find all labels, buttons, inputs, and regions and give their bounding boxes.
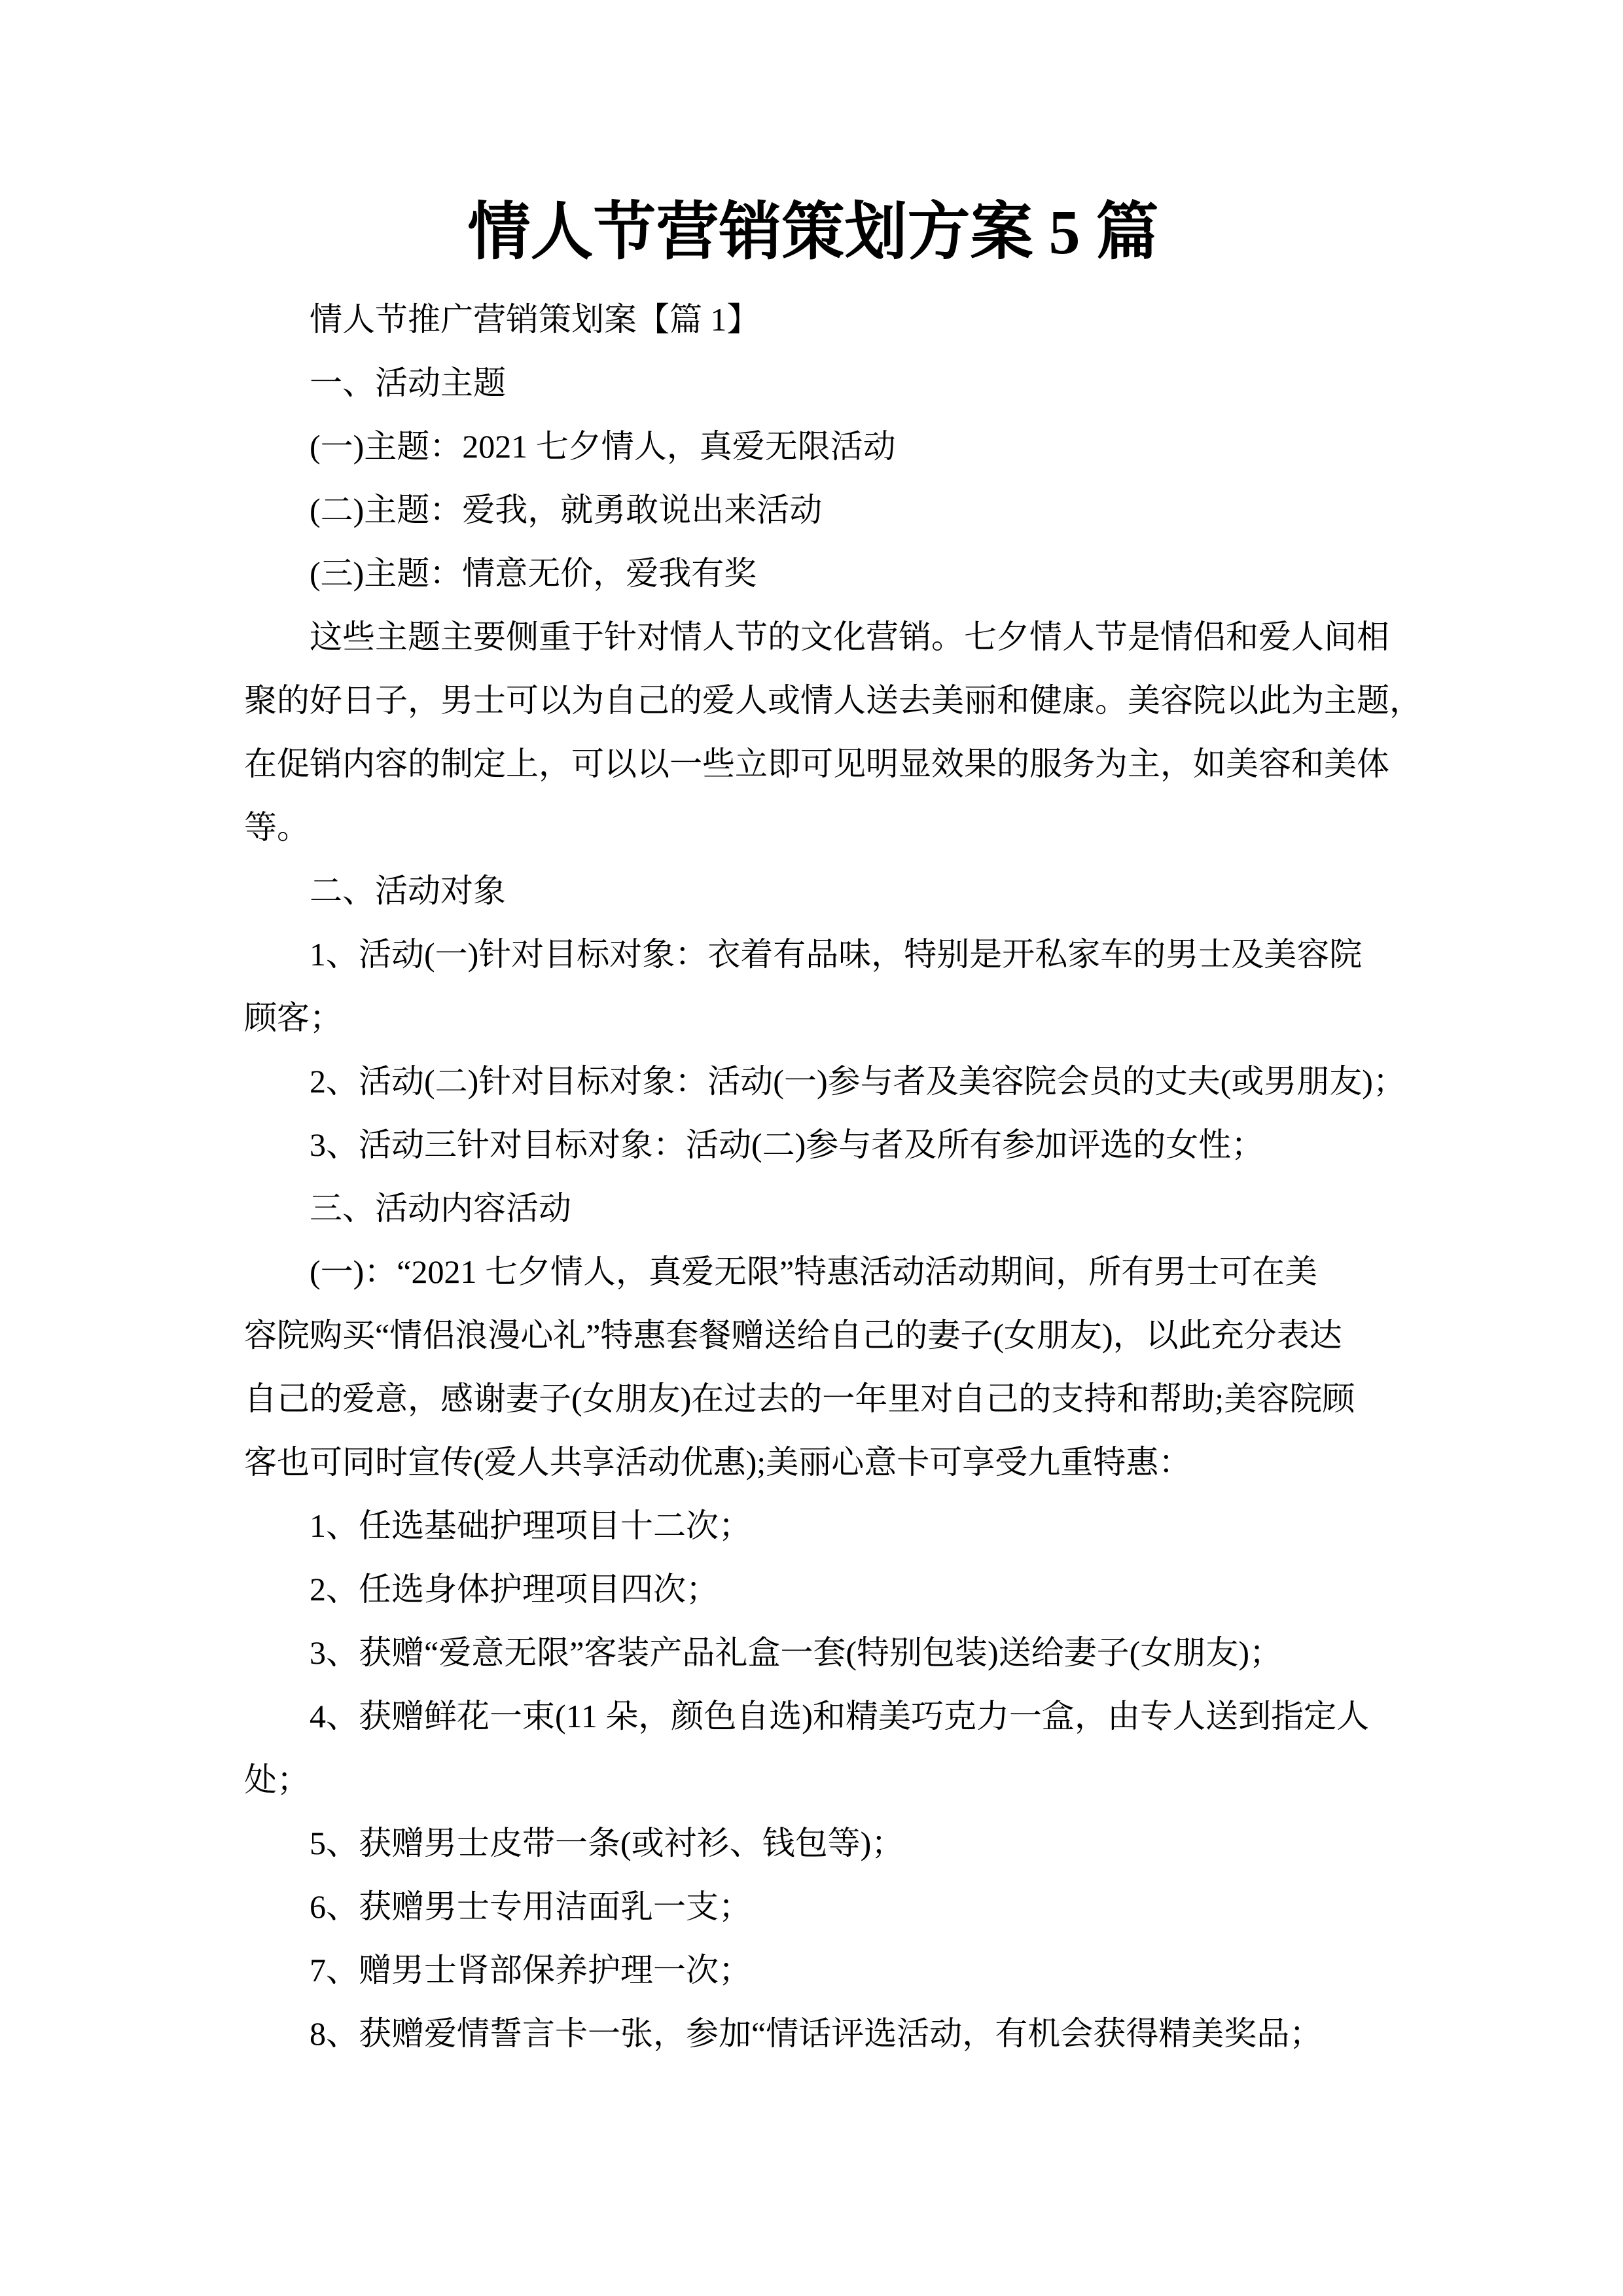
text-line: 1、活动(一)针对目标对象：衣着有品味，特别是开私家车的男士及美容院 (244, 923, 1382, 986)
text-line: 3、活动三针对目标对象：活动(二)参与者及所有参加评选的女性； (244, 1113, 1382, 1177)
text-line: 二、活动对象 (244, 859, 1382, 923)
text-line: 5、获赠男士皮带一条(或衬衫、钱包等)； (244, 1812, 1382, 1875)
document-body: 情人节推广营销策划案【篇 1】一、活动主题(一)主题：2021 七夕情人，真爱无… (244, 288, 1382, 2066)
text-line: 情人节推广营销策划案【篇 1】 (244, 288, 1382, 351)
text-line: 3、获赠“爱意无限”客装产品礼盒一套(特别包装)送给妻子(女朋友)； (244, 1621, 1382, 1685)
text-line: 容院购买“情侣浪漫心礼”特惠套餐赠送给自己的妻子(女朋友)，以此充分表达 (244, 1304, 1382, 1367)
text-line: 4、获赠鲜花一束(11 朵，颜色自选)和精美巧克力一盒，由专人送到指定人 (244, 1685, 1382, 1748)
text-line: (一)主题：2021 七夕情人，真爱无限活动 (244, 415, 1382, 478)
text-line: 2、活动(二)针对目标对象：活动(一)参与者及美容院会员的丈夫(或男朋友)； (244, 1050, 1382, 1113)
text-line: 一、活动主题 (244, 351, 1382, 415)
document-page: 情人节营销策划方案 5 篇 情人节推广营销策划案【篇 1】一、活动主题(一)主题… (0, 0, 1623, 2296)
text-line: 聚的好日子，男士可以为自己的爱人或情人送去美丽和健康。美容院以此为主题， (244, 669, 1382, 732)
text-line: 6、获赠男士专用洁面乳一支； (244, 1875, 1382, 1939)
document-title: 情人节营销策划方案 5 篇 (244, 183, 1382, 281)
text-line: (三)主题：情意无价，爱我有奖 (244, 542, 1382, 605)
text-line: 7、赠男士肾部保养护理一次； (244, 1939, 1382, 2002)
text-line: 顾客； (244, 986, 1382, 1050)
text-line: 8、获赠爱情誓言卡一张，参加“情话评选活动，有机会获得精美奖品； (244, 2002, 1382, 2066)
text-line: 这些主题主要侧重于针对情人节的文化营销。七夕情人节是情侣和爱人间相 (244, 605, 1382, 669)
text-line: 三、活动内容活动 (244, 1177, 1382, 1240)
text-line: (二)主题：爱我，就勇敢说出来活动 (244, 478, 1382, 542)
text-line: 1、任选基础护理项目十二次； (244, 1494, 1382, 1558)
text-line: 自己的爱意，感谢妻子(女朋友)在过去的一年里对自己的支持和帮助;美容院顾 (244, 1367, 1382, 1431)
text-line: (一)：“2021 七夕情人，真爱无限”特惠活动活动期间，所有男士可在美 (244, 1240, 1382, 1304)
text-line: 客也可同时宣传(爱人共享活动优惠);美丽心意卡可享受九重特惠： (244, 1431, 1382, 1494)
text-line: 等。 (244, 796, 1382, 859)
text-line: 处； (244, 1748, 1382, 1812)
text-line: 在促销内容的制定上，可以以一些立即可见明显效果的服务为主，如美容和美体 (244, 732, 1382, 796)
text-line: 2、任选身体护理项目四次； (244, 1558, 1382, 1621)
